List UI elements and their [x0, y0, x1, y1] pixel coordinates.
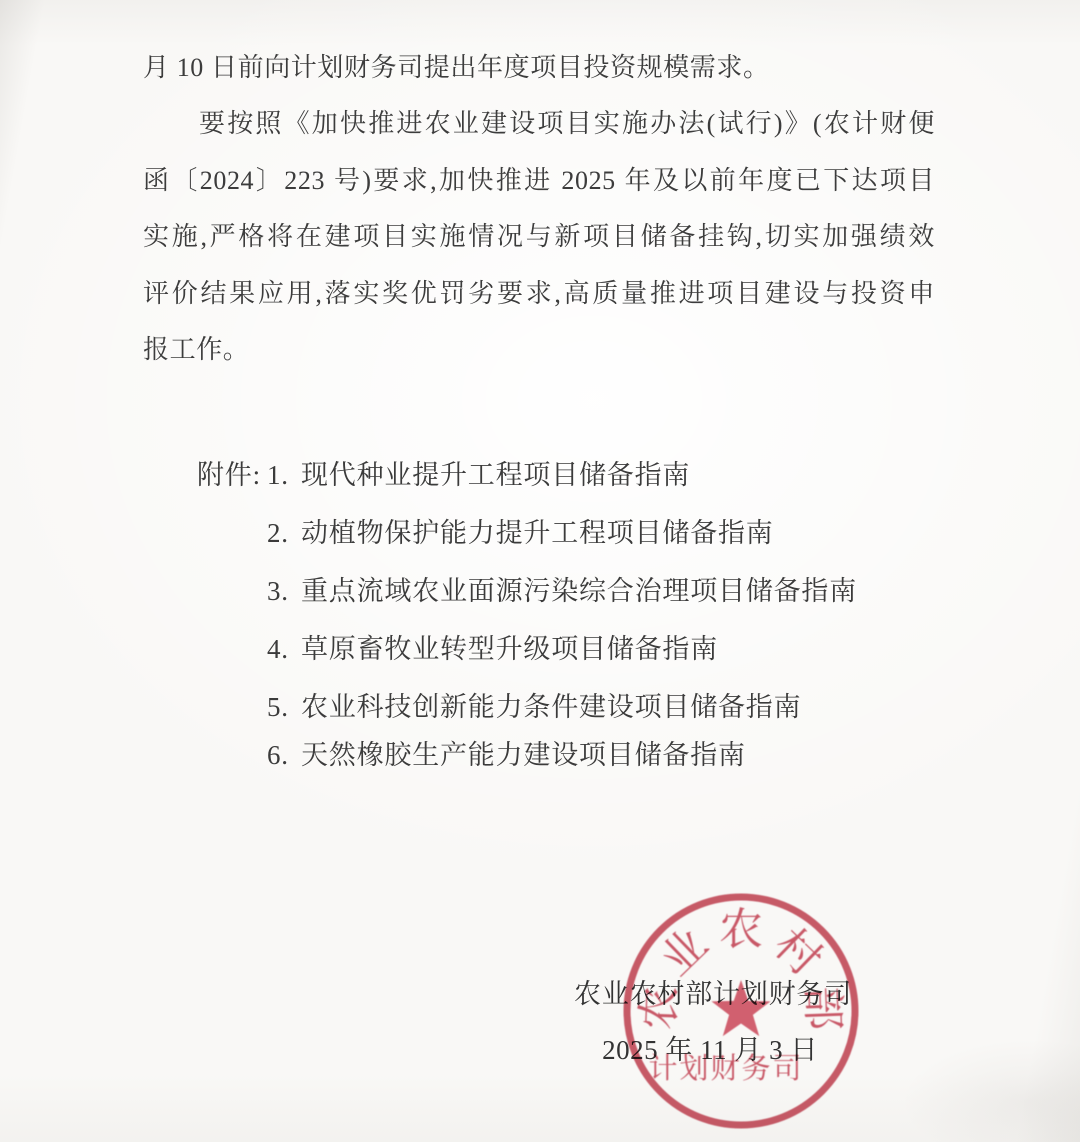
attachments-label: 附件:: [197, 458, 267, 492]
attachment-item: 6. 天然橡胶生产能力建设项目储备指南: [267, 738, 746, 772]
document-page: 月 10 日前向计划财务司提出年度项目投资规模需求。 要按照《加快推进农业建设项…: [0, 0, 1080, 1142]
star-icon: [712, 980, 771, 1036]
official-seal: 农 业 农 村 部 计划财务司: [616, 886, 866, 1136]
body-line: 实施,严格将在建项目实施情况与新项目储备挂钩,切实加强绩效: [143, 219, 935, 255]
attachment-title: 草原畜牧业转型升级项目储备指南: [301, 632, 718, 666]
attachment-number: 5.: [267, 690, 301, 724]
attachment-number: 3.: [267, 574, 301, 608]
body-line: 要按照《加快推进农业建设项目实施办法(试行)》(农计财便: [199, 106, 935, 142]
attachment-title: 重点流域农业面源污染综合治理项目储备指南: [301, 574, 857, 608]
body-line: 报工作。: [143, 332, 249, 368]
attachment-title: 天然橡胶生产能力建设项目储备指南: [301, 738, 746, 772]
seal-bottom-text: 计划财务司: [648, 1052, 803, 1085]
seal-arc-char: 农: [634, 985, 685, 1031]
attachment-item: 3. 重点流域农业面源污染综合治理项目储备指南: [267, 574, 857, 608]
body-line: 函〔2024〕223 号)要求,加快推进 2025 年及以前年度已下达项目: [143, 163, 935, 199]
attachment-title: 动植物保护能力提升工程项目储备指南: [301, 516, 774, 550]
attachment-item: 2. 动植物保护能力提升工程项目储备指南: [267, 516, 774, 550]
attachment-item: 5. 农业科技创新能力条件建设项目储备指南: [267, 690, 801, 724]
attachment-title: 现代种业提升工程项目储备指南: [301, 458, 690, 492]
attachment-number: 2.: [267, 516, 301, 550]
attachment-item: 4. 草原畜牧业转型升级项目储备指南: [267, 632, 718, 666]
attachment-number: 6.: [267, 738, 301, 772]
attachment-number: 1.: [267, 458, 301, 492]
attachment-number: 4.: [267, 632, 301, 666]
attachment-item: 附件: 1. 现代种业提升工程项目储备指南: [197, 458, 690, 492]
seal-arc-char: 部: [797, 985, 848, 1031]
body-line: 月 10 日前向计划财务司提出年度项目投资规模需求。: [143, 50, 770, 86]
attachment-title: 农业科技创新能力条件建设项目储备指南: [301, 690, 801, 724]
seal-arc-char: 农: [719, 905, 763, 954]
body-line: 评价结果应用,落实奖优罚劣要求,高质量推进项目建设与投资申: [143, 276, 935, 312]
